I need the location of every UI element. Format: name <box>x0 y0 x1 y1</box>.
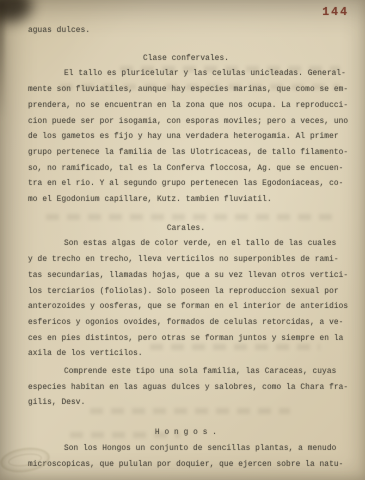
text-line: El tallo es pluricelular y las celulas u… <box>28 67 344 83</box>
text-line: y de trecho en trecho, lleva verticilos … <box>28 253 344 269</box>
scan-corner-shadow <box>0 0 32 22</box>
text-line: mo el Egodonium capillare, Kutz. tambien… <box>28 193 344 209</box>
text-line: especies habitan en las aguas dulces y s… <box>28 381 344 397</box>
text-line: axila de los verticilos. <box>28 347 344 363</box>
text-line: tas secundarias, llamadas hojas, que a s… <box>28 269 344 285</box>
text-line: de los gametos es fijo y hay una verdade… <box>28 130 344 146</box>
text-line: gilis, Desv. <box>28 396 344 412</box>
text-line: so, no ramificado, tal es la Conferva fl… <box>28 162 344 178</box>
section-heading: H o n g o s . <box>28 426 344 442</box>
embossed-seal-inner <box>7 452 42 469</box>
text-line: prendera, no se encuentran en la zona qu… <box>28 99 344 115</box>
scan-edge-shadow <box>0 0 4 120</box>
section-heading: Carales. <box>28 222 344 238</box>
text-column: aguas dulces.Clase confervales.El tallo … <box>28 24 344 473</box>
scanned-document-page: 144 aguas dulces.Clase confervales.El ta… <box>0 0 365 480</box>
text-line: Son los Hongos un conjunto de sencillas … <box>28 442 344 458</box>
text-line: aguas dulces. <box>28 24 344 40</box>
text-line: Son estas algas de color verde, en el ta… <box>28 237 344 253</box>
text-line: tra en el rio. Y al segundo grupo perten… <box>28 177 344 193</box>
text-line: mente son fluviatiles, aunque hay especi… <box>28 83 344 99</box>
text-line: grupo pertenece la familia de las Ulotri… <box>28 146 344 162</box>
text-line: microscopicas, que pululan por doquier, … <box>28 458 344 474</box>
page-number: 144 <box>322 6 349 19</box>
text-line: los terciarios (foliolas). Solo poseen l… <box>28 285 344 301</box>
text-line: anterozoides y oosferas, que se forman e… <box>28 300 344 316</box>
text-line: Comprende este tipo una sola familia, la… <box>28 365 344 381</box>
text-line: esfericos y ogonios ovoides, formados de… <box>28 316 344 332</box>
section-heading: Clase confervales. <box>28 52 344 68</box>
text-line: ces en pies distintos, pero otras se for… <box>28 332 344 348</box>
text-line: cion puede ser por isogamia, con esporas… <box>28 115 344 131</box>
